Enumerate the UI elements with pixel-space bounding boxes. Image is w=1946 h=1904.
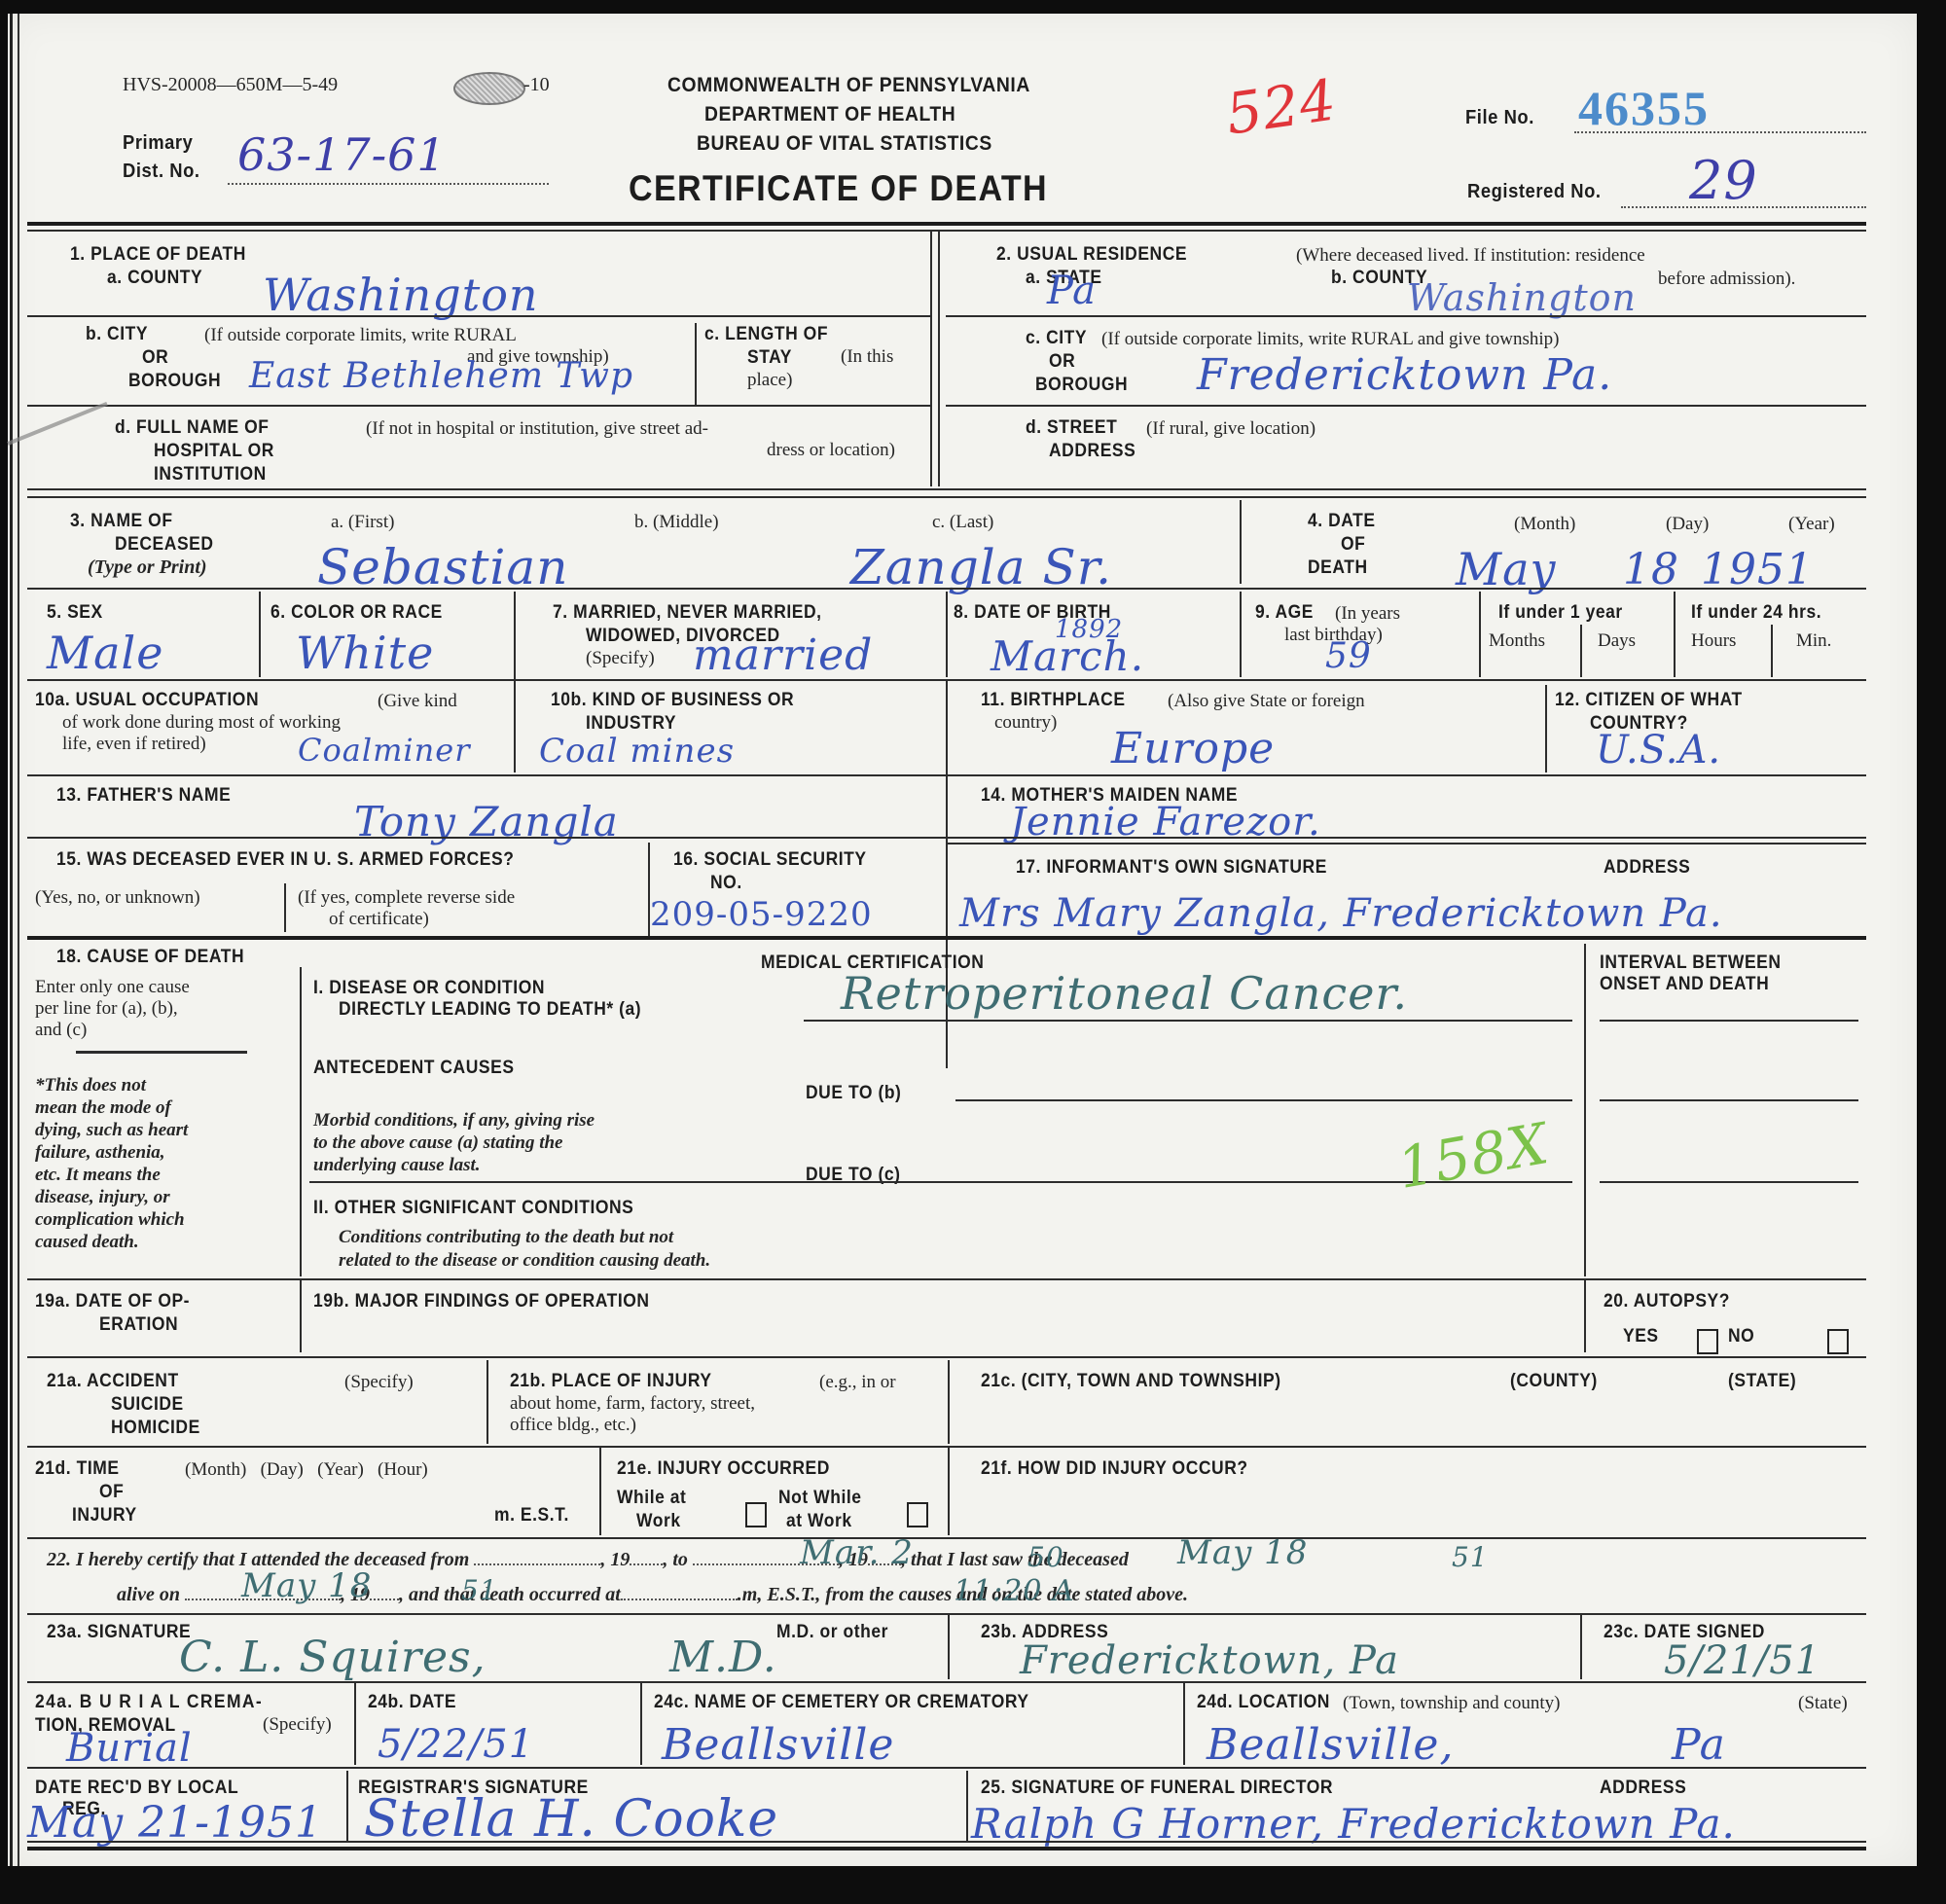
residence-note: (Where deceased lived. If institution: r…: [1296, 245, 1645, 267]
autopsy-yes-label: YES: [1623, 1325, 1659, 1347]
footnote-line: disease, injury, or: [35, 1186, 188, 1208]
col-divider: [1584, 944, 1586, 1276]
under-day-label: If under 24 hrs.: [1691, 601, 1821, 624]
agency-line-2: DEPARTMENT OF HEALTH: [704, 103, 955, 126]
homicide-label: HOMICIDE: [111, 1417, 200, 1439]
res-borough-label: BOROUGH: [1035, 374, 1128, 396]
col-divider: [514, 592, 516, 772]
burial-method-label: 24a. B U R I A L CREMA-: [35, 1691, 263, 1713]
cause-a-value: Retroperitoneal Cancer.: [841, 967, 1408, 1020]
certify-text-e: , that I last saw the deceased: [901, 1549, 1129, 1570]
row-line: [946, 843, 1866, 844]
occupation-value: Coalminer: [298, 732, 470, 769]
col-divider: [1580, 625, 1582, 677]
injury-state-label: (STATE): [1728, 1370, 1796, 1392]
primary-dist-label: Primary: [123, 132, 193, 155]
name-label-2: DECEASED: [115, 533, 214, 556]
funeral-address-label: ADDRESS: [1600, 1777, 1686, 1799]
agency-line-3: BUREAU OF VITAL STATISTICS: [697, 132, 992, 155]
registrar-signature: Stella H. Cooke: [364, 1790, 778, 1849]
armed-forces-note-3: of certificate): [329, 909, 429, 930]
date-of-death-label: 4. DATE: [1308, 510, 1376, 532]
alive-on-label: alive on: [117, 1584, 180, 1605]
col-divider: [354, 1683, 356, 1765]
agency-line-1: COMMONWEALTH OF PENNSYLVANIA: [667, 74, 1030, 96]
death-time-line: [621, 1599, 738, 1600]
col-divider: [300, 1280, 302, 1352]
time-suffix: m. E.S.T.: [494, 1504, 569, 1527]
informant-address-label: ADDRESS: [1604, 856, 1690, 879]
footnote-line: *This does not: [35, 1074, 188, 1096]
col-divider: [599, 1448, 601, 1535]
cemetery-label: 24c. NAME OF CEMETERY OR CREMATORY: [654, 1691, 1029, 1713]
funeral-director-label: 25. SIGNATURE OF FUNERAL DIRECTOR: [981, 1777, 1333, 1799]
row-line: [27, 588, 1866, 590]
interval-line: [1600, 1099, 1858, 1101]
row-line: [946, 405, 1866, 407]
burial-date-value: 5/22/51: [378, 1722, 534, 1767]
birthplace-label: 11. BIRTHPLACE: [981, 689, 1126, 711]
time-columns: (Month) (Day) (Year) (Hour): [185, 1459, 428, 1481]
place-note: (e.g., in or: [819, 1372, 896, 1393]
street-label: d. STREET: [1026, 416, 1117, 439]
row-line: [27, 1356, 1866, 1358]
due-to-b-label: DUE TO (b): [806, 1082, 901, 1104]
birthplace-note: (Also give State or foreign: [1168, 691, 1365, 712]
autopsy-label: 20. AUTOPSY?: [1604, 1290, 1730, 1312]
col-divider: [948, 1360, 950, 1444]
col-divider: [259, 592, 261, 677]
res-county-value: Washington: [1407, 276, 1637, 319]
certify-text-b: , 19: [600, 1549, 630, 1570]
col-divider: [966, 1771, 968, 1841]
instruction-3: and (c): [35, 1020, 87, 1041]
signature-label: 23a. SIGNATURE: [47, 1621, 191, 1643]
sex-value: Male: [47, 627, 163, 679]
from-year-value: 50: [1027, 1541, 1064, 1573]
col-divider: [1183, 1683, 1185, 1765]
certify-text-g: , and that death occurred at: [399, 1584, 621, 1605]
footnote: *This does not mean the mode of dying, s…: [35, 1074, 188, 1253]
death-county-value: Washington: [263, 269, 539, 321]
father-label: 13. FATHER'S NAME: [56, 784, 231, 807]
days-label: Days: [1598, 630, 1636, 652]
occupation-note-3: life, even if retired): [62, 734, 206, 755]
while-at-work-label: While at: [617, 1487, 686, 1509]
ssn-label-2: NO.: [710, 872, 742, 894]
death-city-value: East Bethlehem Twp: [249, 356, 633, 396]
col-divider: [1584, 1280, 1586, 1352]
hospital-label-3: INSTITUTION: [154, 463, 267, 485]
footnote-line: complication which: [35, 1208, 188, 1231]
findings-label: 19b. MAJOR FINDINGS OF OPERATION: [313, 1290, 650, 1312]
footnote-line: etc. It means the: [35, 1164, 188, 1186]
last-seen-value: May 18: [241, 1566, 372, 1605]
death-certificate: HVS-20008—650M—5-49 -10 Primary Dist. No…: [8, 14, 1917, 1866]
col-divider: [1240, 500, 1242, 584]
col-divider: [486, 1360, 488, 1444]
suicide-label: SUICIDE: [111, 1393, 184, 1416]
attended-from-value: Mar. 2: [800, 1533, 914, 1572]
footnote-line: caused death.: [35, 1231, 188, 1253]
disease-label-2: DIRECTLY LEADING TO DEATH* (a): [339, 998, 641, 1021]
autopsy-no-checkbox[interactable]: [1827, 1329, 1849, 1354]
informant-value: Mrs Mary Zangla, Fredericktown Pa.: [959, 891, 1723, 936]
occupation-note-2: of work done during most of working: [62, 712, 341, 734]
name-label-3: (Type or Print): [88, 557, 207, 579]
date-of-death-label-2: OF: [1341, 533, 1365, 556]
middle-name-label: b. (Middle): [634, 512, 719, 533]
page-title: CERTIFICATE OF DEATH: [629, 169, 1048, 208]
form-suffix: -10: [523, 74, 550, 95]
file-no-label: File No.: [1465, 107, 1534, 129]
row-line: [27, 496, 1866, 498]
race-label: 6. COLOR OR RACE: [270, 601, 443, 624]
last-seen-year-line: [370, 1599, 399, 1600]
time-of-injury-label-3: INJURY: [72, 1504, 137, 1527]
location-note: (Town, township and county): [1343, 1693, 1560, 1714]
row-line: [27, 1767, 1866, 1769]
while-at-work-label-2: Work: [636, 1510, 681, 1532]
cause-title: 18. CAUSE OF DEATH: [56, 946, 244, 968]
operation-date-label: 19a. DATE OF OP-: [35, 1290, 190, 1312]
instruction-2: per line for (a), (b),: [35, 998, 178, 1020]
time-of-injury-label-2: OF: [99, 1481, 124, 1503]
interval-line: [1600, 1181, 1858, 1183]
not-while-label-2: at Work: [786, 1510, 852, 1532]
disease-label: I. DISEASE OR CONDITION: [313, 977, 545, 999]
street-note: (If rural, give location): [1146, 418, 1315, 440]
ssn-label: 16. SOCIAL SECURITY: [673, 848, 867, 871]
physician-signature: C. L. Squires,: [179, 1633, 486, 1682]
row-line: [27, 1446, 1866, 1448]
certify-text: 22. I hereby certify that I attended the…: [47, 1549, 1129, 1571]
antecedent-note: underlying cause last.: [313, 1154, 481, 1176]
col-divider: [1545, 685, 1547, 772]
location-state-value: Pa: [1672, 1720, 1726, 1770]
md-value: M.D.: [669, 1633, 777, 1682]
col-divider: [946, 681, 948, 774]
autopsy-no-label: NO: [1728, 1325, 1754, 1347]
race-value: White: [296, 627, 434, 679]
row-line: [27, 1613, 1866, 1615]
citizen-value: U.S.A.: [1596, 728, 1721, 772]
col-divider: [948, 1615, 950, 1679]
col-divider: [1674, 592, 1676, 677]
marital-note: (Specify): [586, 648, 655, 669]
hospital-note-2: dress or location): [767, 440, 895, 461]
row-line: [27, 315, 930, 317]
dob-month-value: March.: [991, 632, 1144, 680]
place-note-2: about home, farm, factory, street,: [510, 1393, 755, 1415]
row-line: [27, 488, 1866, 490]
operation-date-label-2: ERATION: [99, 1313, 178, 1336]
last-name-label: c. (Last): [932, 512, 993, 533]
row-line: [27, 837, 1866, 839]
col-divider: [946, 592, 948, 677]
month-label: (Month): [1514, 514, 1575, 535]
form-code: HVS-20008—650M—5-49: [123, 74, 338, 95]
residence-note-2: before admission).: [1658, 269, 1795, 290]
row-line: [27, 405, 930, 407]
col-divider: [1479, 592, 1481, 677]
hours-label: Hours: [1691, 630, 1736, 652]
industry-value: Coal mines: [539, 732, 735, 771]
red-annotation: 524: [1222, 66, 1341, 147]
hospital-note: (If not in hospital or institution, give…: [366, 418, 708, 440]
row-line: [27, 1278, 1866, 1280]
location-state-label: (State): [1798, 1693, 1848, 1714]
not-while-label: Not While: [778, 1487, 862, 1509]
age-note: (In years: [1335, 603, 1400, 625]
marital-label: 7. MARRIED, NEVER MARRIED,: [553, 601, 822, 624]
antecedent-note: to the above cause (a) stating the: [313, 1132, 562, 1154]
stay-label: c. LENGTH OF: [704, 323, 828, 345]
time-of-injury-label: 21d. TIME: [35, 1457, 120, 1480]
borough-label: BOROUGH: [128, 370, 221, 392]
col-divider: [1771, 625, 1773, 677]
to-year-value: 51: [1452, 1541, 1489, 1573]
citizen-label: 12. CITIZEN OF WHAT: [1555, 689, 1743, 711]
cause-a-line: [804, 1020, 1572, 1022]
date-received-label: DATE REC'D BY LOCAL: [35, 1777, 238, 1799]
name-label: 3. NAME OF: [70, 510, 173, 532]
while-at-work-checkbox[interactable]: [745, 1502, 767, 1527]
res-city-value: Fredericktown Pa.: [1197, 350, 1612, 400]
res-city-or: OR: [1049, 350, 1075, 373]
industry-label: 10b. KIND OF BUSINESS OR: [551, 689, 794, 711]
armed-forces-note: (Yes, no, or unknown): [35, 887, 200, 909]
interval-line: [1600, 1020, 1858, 1022]
short-rule: [76, 1051, 247, 1054]
row-line: [27, 1841, 1866, 1843]
year-label: (Year): [1788, 514, 1835, 535]
registered-no-label: Registered No.: [1467, 181, 1602, 203]
specify-note: (Specify): [344, 1372, 414, 1393]
occupation-label: 10a. USUAL OCCUPATION: [35, 689, 259, 711]
armed-forces-label: 15. WAS DECEASED EVER IN U. S. ARMED FOR…: [56, 848, 514, 871]
usual-residence-title: 2. USUAL RESIDENCE: [996, 243, 1187, 266]
place-of-injury-label: 21b. PLACE OF INJURY: [510, 1370, 712, 1392]
primary-dist-label-2: Dist. No.: [123, 161, 200, 183]
interval-label-2: ONSET AND DEATH: [1600, 973, 1769, 995]
location-value: Beallsville,: [1207, 1720, 1454, 1770]
interval-label: INTERVAL BETWEEN: [1600, 952, 1782, 974]
res-city-note: (If outside corporate limits, write RURA…: [1101, 329, 1560, 350]
city-label: b. CITY: [86, 323, 148, 345]
footnote-line: mean the mode of: [35, 1096, 188, 1119]
col-divider: [1240, 592, 1242, 677]
attended-from-line: [474, 1563, 600, 1565]
death-time-value: 11:20 A: [954, 1574, 1075, 1608]
pencil-mark: [7, 402, 107, 446]
footnote-line: dying, such as heart: [35, 1119, 188, 1141]
left-border-inner: [18, 14, 19, 1866]
col-divider: [1580, 1615, 1582, 1679]
autopsy-yes-checkbox[interactable]: [1697, 1329, 1718, 1354]
burial-specify-note: (Specify): [263, 1714, 332, 1736]
cause-b-line: [955, 1099, 1572, 1101]
antecedent-note: Morbid conditions, if any, giving rise: [313, 1109, 595, 1132]
row-line: [27, 1537, 1866, 1539]
from-year-line: [630, 1563, 663, 1565]
cert-address-value: Fredericktown, Pa: [1020, 1638, 1399, 1683]
col-divider: [284, 883, 286, 932]
injury-occurred-label: 21e. INJURY OCCURRED: [617, 1457, 830, 1480]
injury-city-label: 21c. (CITY, TOWN AND TOWNSHIP): [981, 1370, 1281, 1392]
sex-label: 5. SEX: [47, 601, 103, 624]
md-label: M.D. or other: [776, 1621, 888, 1643]
ssn-value: 209-05-9220: [650, 895, 873, 934]
attended-to-value: May 18: [1177, 1533, 1308, 1572]
hospital-label: d. FULL NAME OF: [115, 416, 269, 439]
marital-value: married: [693, 630, 873, 680]
location-label: 24d. LOCATION: [1197, 1691, 1330, 1713]
cause-c-line: [309, 1181, 1572, 1183]
left-border: [10, 14, 13, 1866]
row-line: [946, 315, 1866, 317]
other-conditions-note: Conditions contributing to the death but…: [339, 1226, 673, 1248]
age-value: 59: [1325, 636, 1372, 676]
seal-icon: [453, 72, 525, 105]
row-line: [27, 936, 1866, 940]
res-state-value: Pa: [1047, 269, 1097, 313]
day-label: (Day): [1666, 514, 1709, 535]
occupation-note: (Give kind: [378, 691, 457, 712]
footnote-line: failure, asthenia,: [35, 1141, 188, 1164]
city-note: (If outside corporate limits, write RURA…: [204, 325, 517, 346]
certify-text-c: , to: [663, 1549, 688, 1570]
antecedent-label: ANTECEDENT CAUSES: [313, 1057, 515, 1079]
age-label: 9. AGE: [1255, 601, 1314, 624]
header-divider-2: [27, 230, 1866, 232]
header-divider: [27, 222, 1866, 226]
county-label: a. COUNTY: [107, 267, 202, 289]
how-injury-label: 21f. HOW DID INJURY OCCUR?: [981, 1457, 1248, 1480]
first-name-label: a. (First): [331, 512, 394, 533]
other-conditions-label: II. OTHER SIGNIFICANT CONDITIONS: [313, 1197, 633, 1219]
res-city-label: c. CITY: [1026, 327, 1087, 349]
stay-label-2: STAY: [747, 346, 792, 369]
green-annotation: 158X: [1392, 1110, 1553, 1202]
col-divider: [640, 1683, 642, 1765]
col-divider-2: [938, 232, 940, 486]
armed-forces-note-2: (If yes, complete reverse side: [298, 887, 515, 909]
col-divider: [300, 967, 302, 1276]
burial-date-label: 24b. DATE: [368, 1691, 456, 1713]
primary-dist-line: [228, 183, 549, 185]
birthplace-value: Europe: [1111, 724, 1275, 773]
injury-county-label: (COUNTY): [1510, 1370, 1598, 1392]
hospital-label-2: HOSPITAL OR: [154, 440, 274, 462]
street-label-2: ADDRESS: [1049, 440, 1135, 462]
primary-dist-value: 63-17-61: [237, 128, 447, 181]
col-divider: [946, 776, 948, 1068]
burial-method-value: Burial: [66, 1726, 193, 1771]
file-no-value: 46355: [1578, 80, 1710, 136]
city-or-label: OR: [142, 346, 168, 369]
col-divider: [948, 1448, 950, 1535]
bottom-border: [27, 1847, 1866, 1850]
stay-note-2: place): [747, 370, 792, 391]
under-year-label: If under 1 year: [1498, 601, 1623, 624]
date-of-death-label-3: DEATH: [1308, 557, 1368, 579]
informant-label: 17. INFORMANT'S OWN SIGNATURE: [1016, 856, 1327, 879]
row-line: [27, 1681, 1866, 1683]
stay-divider: [695, 323, 697, 405]
col-divider: [346, 1771, 348, 1841]
last-seen-year-value: 51: [461, 1574, 498, 1606]
col-divider: [930, 232, 932, 486]
place-of-death-title: 1. PLACE OF DEATH: [70, 243, 246, 266]
accident-label: 21a. ACCIDENT: [47, 1370, 179, 1392]
birthplace-note-2: country): [994, 712, 1057, 734]
min-label: Min.: [1796, 630, 1831, 652]
stay-note: (In this: [841, 346, 893, 368]
place-note-3: office bldg., etc.): [510, 1415, 636, 1436]
registered-no-value: 29: [1689, 150, 1758, 211]
cemetery-value: Beallsville: [662, 1720, 894, 1770]
months-label: Months: [1489, 630, 1545, 652]
date-signed-value: 5/21/51: [1664, 1638, 1820, 1683]
not-while-checkbox[interactable]: [907, 1502, 928, 1527]
instruction: Enter only one cause: [35, 977, 190, 998]
other-conditions-note-2: related to the disease or condition caus…: [339, 1249, 710, 1272]
